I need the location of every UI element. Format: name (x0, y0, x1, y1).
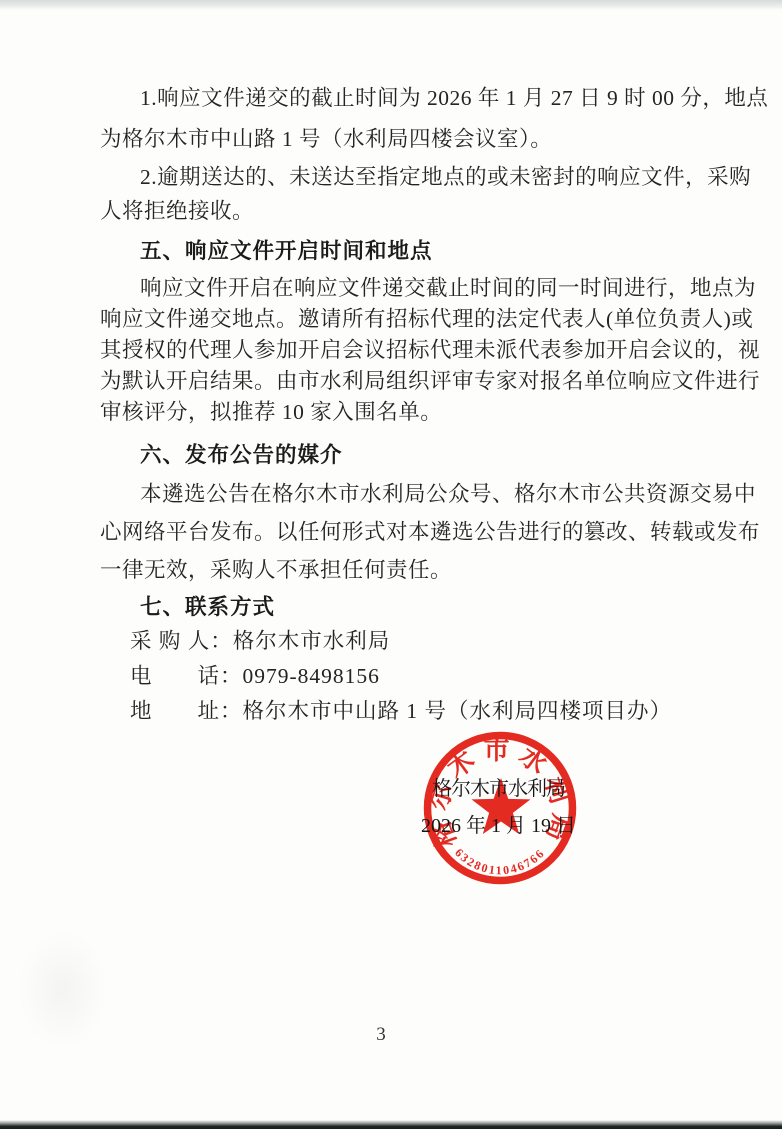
seal-date-text: 2026 年 1 月 19 日 (421, 809, 591, 838)
section-heading-6: 六、发布公告的媒介 (140, 444, 343, 467)
contact-line-phone: 电 话：0979-8498156 (130, 665, 380, 688)
scan-bottom-edge (0, 1120, 782, 1129)
paragraph-line: 人将拒绝接收。 (100, 200, 254, 223)
seal-org-text: 格尔木市水利局 (432, 772, 592, 801)
paragraph-line: 本遴选公告在格尔木市水利局公众号、格尔木市公共资源交易中 (140, 483, 756, 506)
paragraph-line: 一律无效，采购人不承担任何责任。 (100, 559, 452, 582)
paragraph-line: 响应文件开启在响应文件递交截止时间的同一时间进行，地点为 (140, 277, 756, 300)
paragraph-line: 1.响应文件递交的截止时间为 2026 年 1 月 27 日 9 时 00 分，… (140, 87, 768, 110)
section-heading-7: 七、联系方式 (140, 596, 275, 619)
scan-top-edge (0, 0, 782, 10)
paragraph-line: 为格尔木市中山路 1 号（水利局四楼会议室）。 (100, 128, 552, 151)
document-page: 1.响应文件递交的截止时间为 2026 年 1 月 27 日 9 时 00 分，… (0, 0, 782, 1129)
paragraph-line: 响应文件递交地点。邀请所有招标代理的法定代表人(单位负责人)或 (100, 308, 753, 331)
paragraph-line: 为默认开启结果。由市水利局组织评审专家对报名单位响应文件进行 (100, 370, 760, 393)
contact-line-buyer: 采 购 人：格尔木市水利局 (130, 630, 390, 653)
section-heading-5: 五、响应文件开启时间和地点 (140, 240, 433, 263)
paragraph-line: 审核评分，拟推荐 10 家入围名单。 (100, 401, 442, 424)
paragraph-line: 心网络平台发布。以任何形式对本遴选公告进行的篡改、转载或发布 (100, 521, 760, 544)
official-seal: 格尔木市水利局 6328011046766 格尔木市水利局 2026 年 1 月… (408, 720, 604, 906)
page-number: 3 (0, 1024, 762, 1046)
paragraph-line: 2.逾期送达的、未送达至指定地点的或未密封的响应文件，采购 (140, 166, 751, 189)
paragraph-line: 其授权的代理人参加开启会议招标代理未派代表参加开启会议的，视 (100, 339, 760, 362)
